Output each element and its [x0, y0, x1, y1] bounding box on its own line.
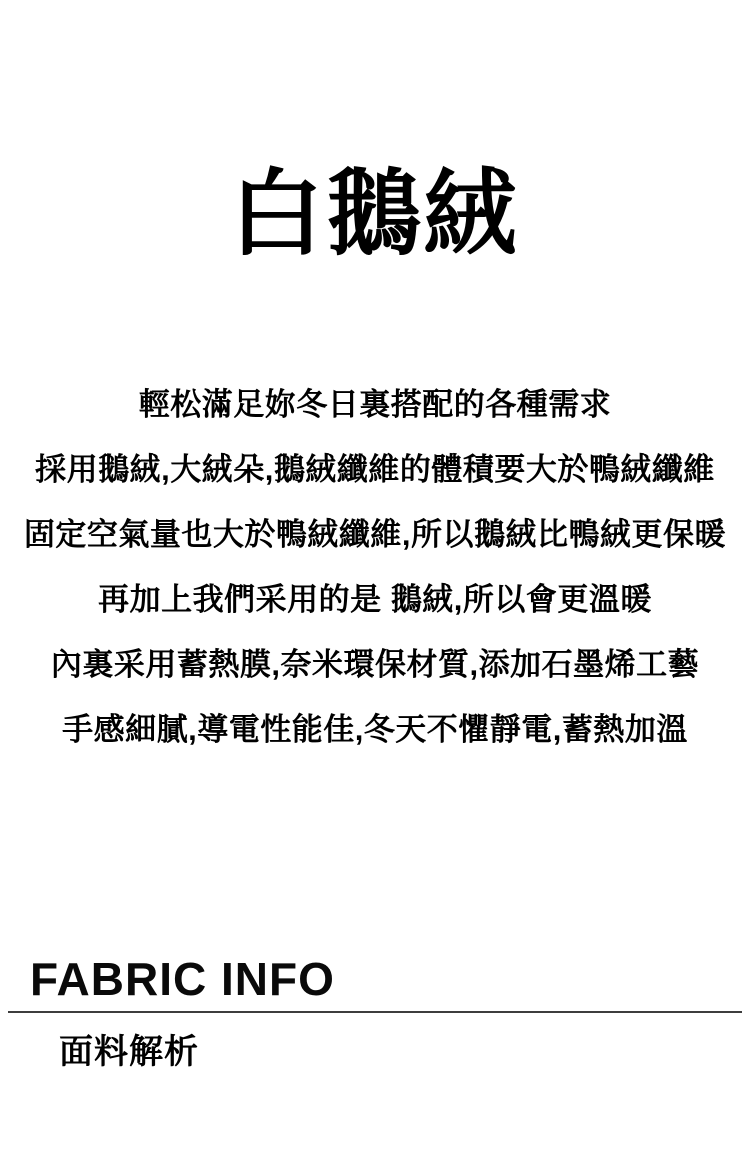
description-line: 輕松滿足妳冬日裏搭配的各種需求 — [0, 372, 750, 437]
description-line: 固定空氣量也大於鴨絨纖維,所以鵝絨比鴨絨更保暖 — [0, 502, 750, 567]
description-block: 輕松滿足妳冬日裏搭配的各種需求 採用鵝絨,大絨朵,鵝絨纖維的體積要大於鴨絨纖維 … — [0, 372, 750, 762]
description-line: 手感細膩,導電性能佳,冬天不懼靜電,蓄熱加溫 — [0, 697, 750, 762]
page-title: 白鵝絨 — [0, 160, 750, 268]
section-divider — [8, 1011, 742, 1013]
fabric-info-heading-en: FABRIC INFO — [30, 952, 335, 1006]
fabric-info-heading-zh: 面料解析 — [59, 1024, 199, 1073]
product-description-page: 白鵝絨 輕松滿足妳冬日裏搭配的各種需求 採用鵝絨,大絨朵,鵝絨纖維的體積要大於鴨… — [0, 0, 750, 1151]
description-line: 再加上我們采用的是 鵝絨,所以會更溫暖 — [0, 567, 750, 632]
description-line: 採用鵝絨,大絨朵,鵝絨纖維的體積要大於鴨絨纖維 — [0, 437, 750, 502]
description-line: 內裏采用蓄熱膜,奈米環保材質,添加石墨烯工藝 — [0, 632, 750, 697]
